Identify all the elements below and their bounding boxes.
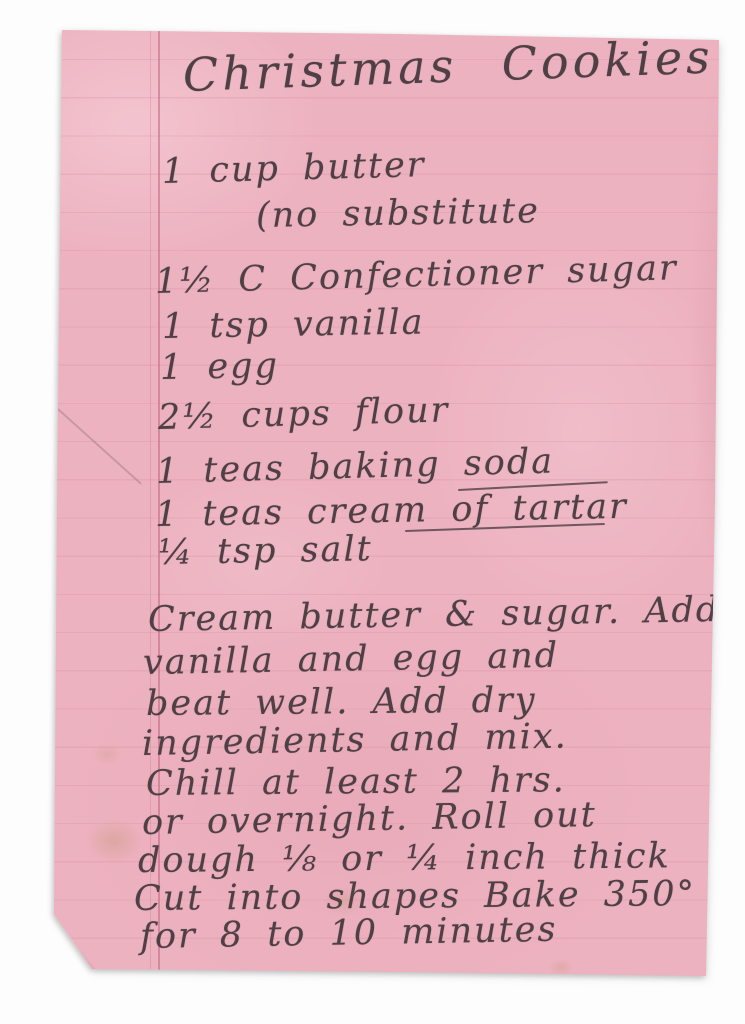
stain: [548, 958, 574, 976]
instruction-line: vanilla and egg and: [143, 636, 560, 683]
ingredient-line: (no substitute: [256, 191, 541, 236]
ingredient-line: 2½ cups flour: [157, 390, 449, 438]
stain: [85, 818, 143, 864]
instruction-line: ingredients and mix.: [142, 717, 568, 764]
instruction-line: or overnight. Roll out: [142, 795, 597, 843]
paper-shadow: Christmas Cookies 1 cup butter (no subst…: [0, 0, 745, 1024]
ingredient-line: 1 egg: [160, 346, 280, 388]
recipe-paper: Christmas Cookies 1 cup butter (no subst…: [0, 0, 745, 1024]
scanned-recipe-page: Christmas Cookies 1 cup butter (no subst…: [0, 0, 745, 1024]
ingredient-line: 1 cup butter: [161, 145, 426, 192]
instruction-line: for 8 to 10 minutes: [140, 910, 558, 957]
ingredient-line: 1 tsp vanilla: [162, 302, 425, 347]
stain: [92, 742, 122, 766]
ingredient-line: 1 teas cream of tartar: [155, 487, 628, 535]
ingredient-line: ¼ tsp salt: [158, 529, 373, 573]
